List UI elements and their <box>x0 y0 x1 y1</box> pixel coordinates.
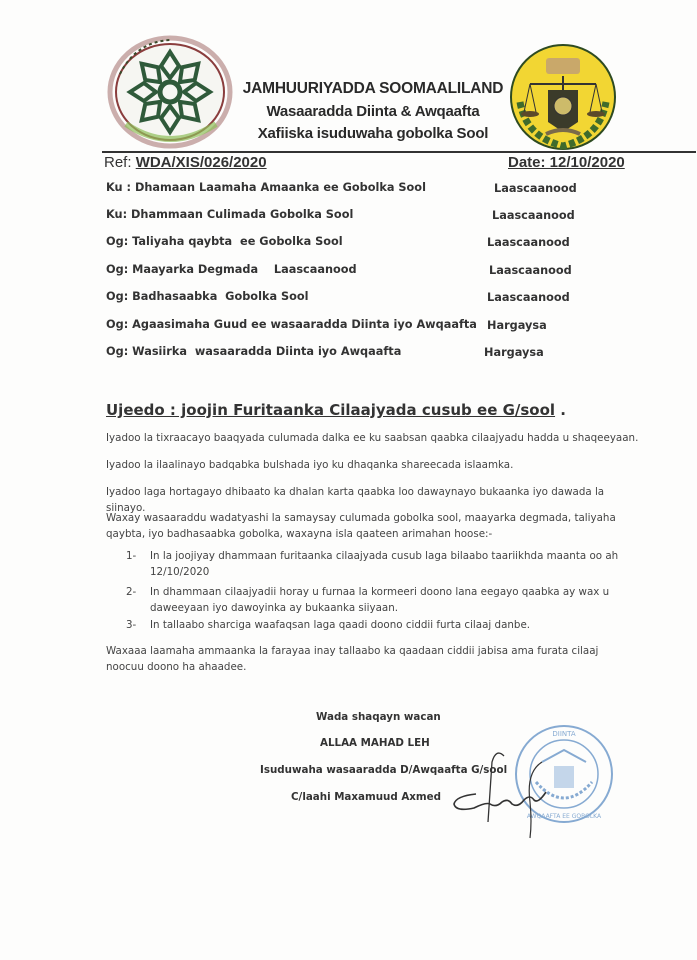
decision-item: 2- In dhammaan cilaajyadii horay u furna… <box>126 584 646 616</box>
recipient-location: Laascaanood <box>487 291 570 304</box>
reference-number: Ref: WDA/XIS/026/2020 <box>104 154 267 171</box>
decision-number: 3- <box>126 617 136 633</box>
letterhead-ministry: Wasaaradda Diinta & Awqaafta <box>238 103 508 120</box>
closing-blessing: ALLAA MAHAD LEH <box>320 737 430 749</box>
recipient-location: Laascaanood <box>489 264 572 277</box>
decision-number: 2- <box>126 584 136 600</box>
recipient-row: Og: Agaasimaha Guud ee wasaaradda Diinta… <box>106 318 477 331</box>
handwritten-signature-icon <box>446 742 556 842</box>
closing-paragraph: Waxaaa laamaha ammaanka la farayaa inay … <box>106 643 616 675</box>
recipient-row: Og: Maayarka Degmada Laascaanood <box>106 263 357 276</box>
letterhead-office: Xafiiska isuduwaha gobolka Sool <box>238 125 508 142</box>
closing-greeting: Wada shaqayn wacan <box>316 711 441 723</box>
decision-text: In dhammaan cilaajyadii horay u furnaa l… <box>150 584 650 616</box>
recipient-row: Ku : Dhamaan Laamaha Amaanka ee Gobolka … <box>106 181 426 194</box>
subject-text: Ujeedo : joojin Furitaanka Cilaajyada cu… <box>106 401 555 419</box>
body-paragraph: Iyadoo la ilaalinayo badqabka bulshada i… <box>106 457 646 473</box>
recipient-location: Hargaysa <box>487 319 547 332</box>
recipient-location: Hargaysa <box>484 346 544 359</box>
decision-item: 3- In tallaabo sharciga waafaqsan laga q… <box>126 617 646 633</box>
document-date: Date: 12/10/2020 <box>508 154 625 171</box>
recipient-row: Ku: Dhammaan Culimada Gobolka Sool <box>106 208 353 221</box>
recipient-row: Og: Wasiirka wasaaradda Diinta iyo Awqaa… <box>106 345 401 358</box>
svg-text:DIINTA: DIINTA <box>552 730 575 738</box>
decision-item: 1- In la joojiyay dhammaan furitaanka ci… <box>126 548 646 580</box>
recipient-row: Og: Badhasaabka Gobolka Sool <box>106 290 309 303</box>
body-paragraph: Iyadoo la tixraacayo baaqyada culumada d… <box>106 430 646 446</box>
recipient-location: Laascaanood <box>494 182 577 195</box>
reference-label: Ref: <box>104 154 132 171</box>
recipient-location: Laascaanood <box>492 209 575 222</box>
header-divider <box>102 151 696 153</box>
decision-text: In la joojiyay dhammaan furitaanka cilaa… <box>150 548 650 580</box>
subject-line: Ujeedo : joojin Furitaanka Cilaajyada cu… <box>106 401 566 419</box>
somaliland-coat-of-arms-icon <box>508 42 618 152</box>
decision-text: In tallaabo sharciga waafaqsan laga qaad… <box>150 617 650 633</box>
reference-value: WDA/XIS/026/2020 <box>136 154 267 171</box>
recipient-row: Og: Taliyaha qaybta ee Gobolka Sool <box>106 235 343 248</box>
letterhead-country: JAMHUURIYADDA SOOMAALILAND <box>238 80 508 98</box>
signatory-name: C/laahi Maxamuud Axmed <box>291 791 441 803</box>
body-paragraph: Waxay wasaaraddu wadatyashi la samaysay … <box>106 510 626 542</box>
recipient-location: Laascaanood <box>487 236 570 249</box>
ministry-emblem-icon <box>106 34 236 150</box>
decision-number: 1- <box>126 548 136 564</box>
